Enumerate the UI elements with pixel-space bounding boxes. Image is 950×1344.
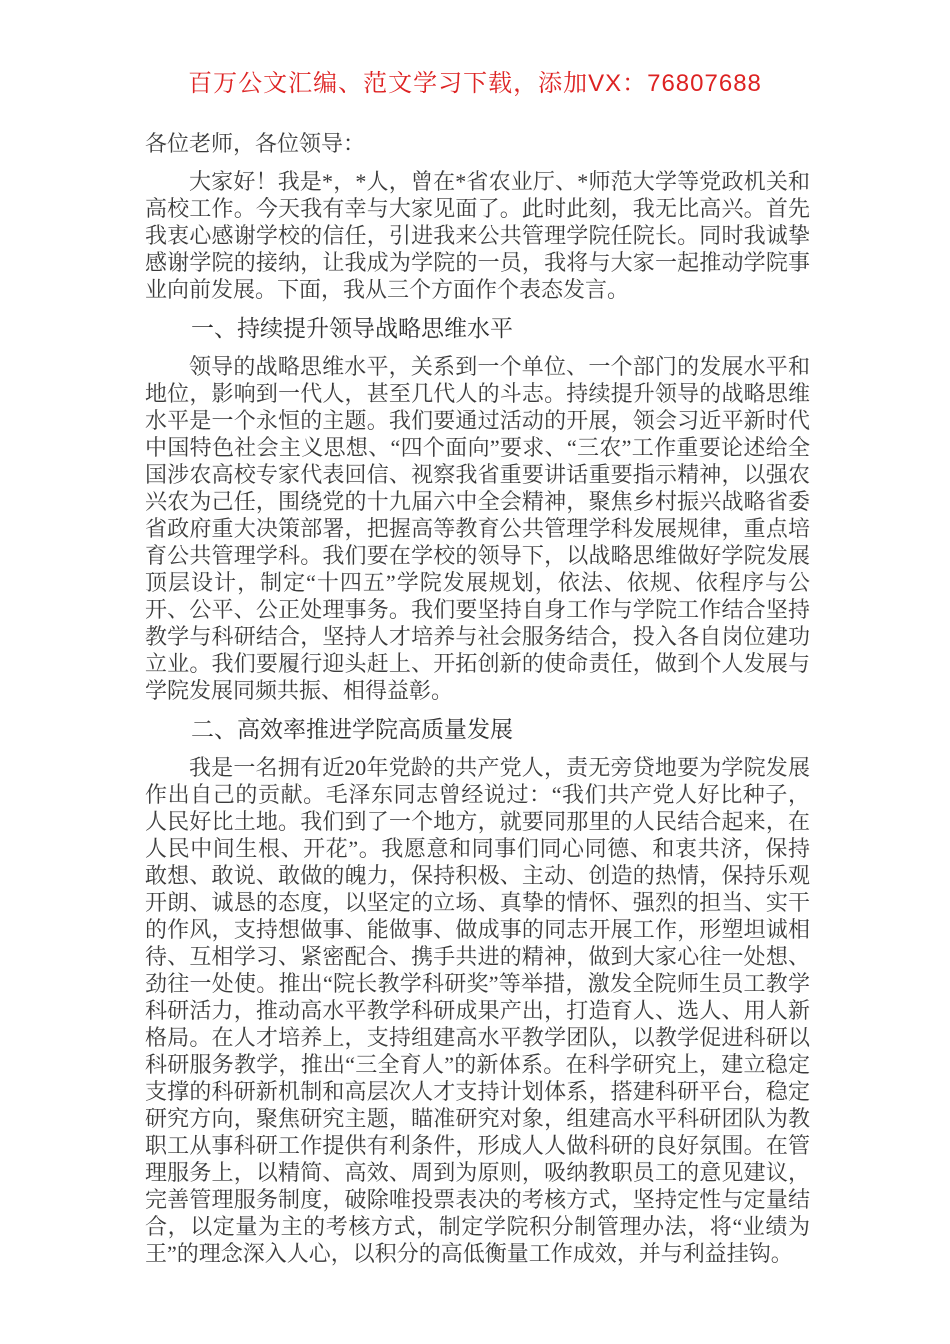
document-page: 百万公文汇编、范文学习下载，添加VX：76807688 各位老师，各位领导： 大… [0, 0, 950, 1344]
paragraph-section-1: 领导的战略思维水平，关系到一个单位、一个部门的发展水平和地位，影响到一代人，甚至… [145, 353, 810, 704]
heading-section-1: 一、持续提升领导战略思维水平 [145, 315, 810, 342]
heading-section-2: 二、高效率推进学院高质量发展 [145, 716, 810, 743]
salutation-line: 各位老师，各位领导： [145, 130, 810, 157]
promo-header-text: 百万公文汇编、范文学习下载，添加VX：76807688 [0, 0, 950, 98]
paragraph-intro: 大家好！我是*，*人，曾在*省农业厅、*师范大学等党政机关和高校工作。今天我有幸… [145, 168, 810, 303]
document-body: 各位老师，各位领导： 大家好！我是*，*人，曾在*省农业厅、*师范大学等党政机关… [0, 98, 950, 1267]
paragraph-section-2: 我是一名拥有近20年党龄的共产党人，责无旁贷地要为学院发展作出自己的贡献。毛泽东… [145, 754, 810, 1267]
